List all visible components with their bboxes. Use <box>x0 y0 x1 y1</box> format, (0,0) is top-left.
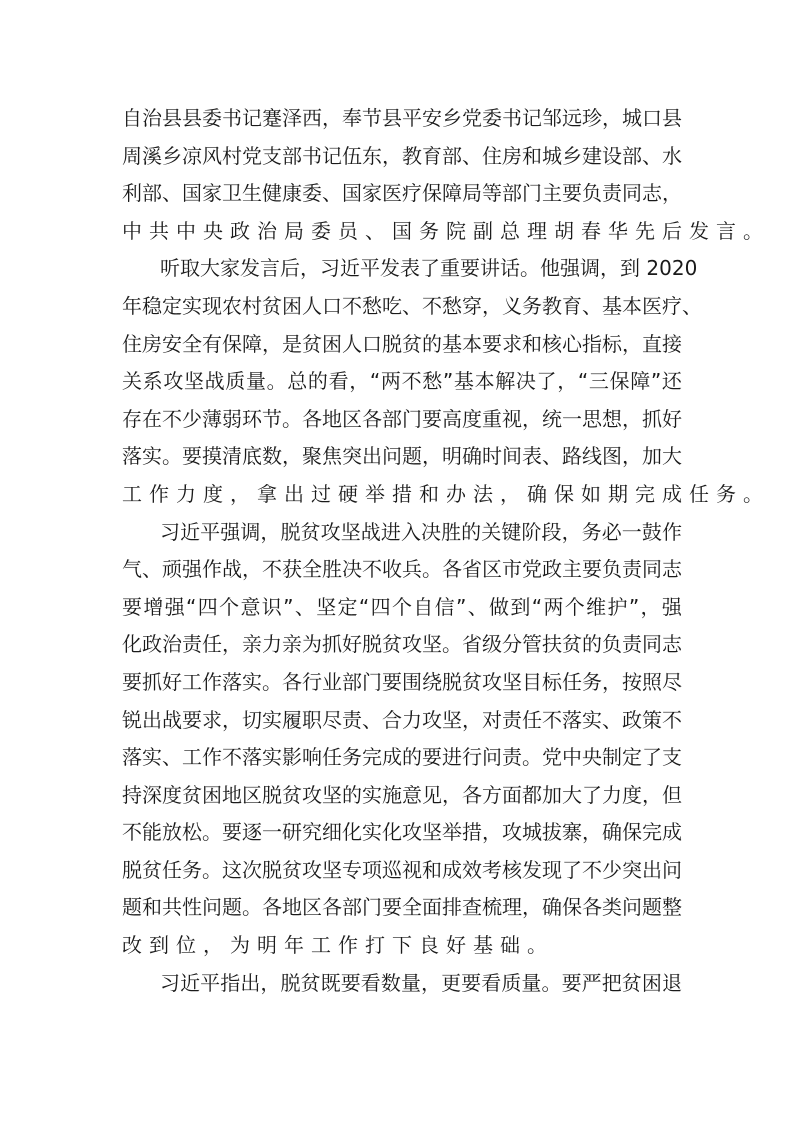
text-line: 要抓好工作落实。各行业部门要围绕脱贫攻坚目标任务，按照尽 <box>122 664 682 702</box>
text-line: 年稳定实现农村贫困人口不愁吃、不愁穿，义务教育、基本医疗、 <box>122 288 682 326</box>
text-line: 周溪乡凉风村党支部书记伍东，教育部、住房和城乡建设部、水 <box>122 138 682 176</box>
text-line: 工作力度，拿出过硬举措和办法，确保如期完成任务。 <box>122 476 682 514</box>
text-line: 不能放松。要逐一研究细化实化攻坚举措，攻城拔寨，确保完成 <box>122 814 682 852</box>
document-page: 自治县县委书记蹇泽西，奉节县平安乡党委书记邹远珍，城口县 周溪乡凉风村党支部书记… <box>0 0 793 1122</box>
text-line: 脱贫任务。这次脱贫攻坚专项巡视和成效考核发现了不少突出问 <box>122 852 682 890</box>
text-line: 存在不少薄弱环节。各地区各部门要高度重视，统一思想，抓好 <box>122 401 682 439</box>
text-line: 题和共性问题。各地区各部门要全面排查梳理，确保各类问题整 <box>122 889 682 927</box>
paragraph-2: 听取大家发言后，习近平发表了重要讲话。他强调，到 2020 年稳定实现农村贫困人… <box>122 250 682 513</box>
document-body: 自治县县委书记蹇泽西，奉节县平安乡党委书记邹远珍，城口县 周溪乡凉风村党支部书记… <box>122 100 682 1002</box>
text-line: 锐出战要求，切实履职尽责、合力攻坚，对责任不落实、政策不 <box>122 702 682 740</box>
text-line: 自治县县委书记蹇泽西，奉节县平安乡党委书记邹远珍，城口县 <box>122 100 682 138</box>
text-line: 要增强“四个意识”、坚定“四个自信”、做到“两个维护”，强 <box>122 589 682 627</box>
text-line: 住房安全有保障，是贫困人口脱贫的基本要求和核心指标，直接 <box>122 326 682 364</box>
text-line: 改到位，为明年工作打下良好基础。 <box>122 927 682 965</box>
text-line: 听取大家发言后，习近平发表了重要讲话。他强调，到 2020 <box>122 250 682 288</box>
text-line: 落实、工作不落实影响任务完成的要进行问责。党中央制定了支 <box>122 739 682 777</box>
text-line: 中共中央政治局委员、国务院副总理胡春华先后发言。 <box>122 213 682 251</box>
paragraph-1: 自治县县委书记蹇泽西，奉节县平安乡党委书记邹远珍，城口县 周溪乡凉风村党支部书记… <box>122 100 682 250</box>
text-line: 习近平指出，脱贫既要看数量，更要看质量。要严把贫困退 <box>122 965 682 1003</box>
paragraph-4: 习近平指出，脱贫既要看数量，更要看质量。要严把贫困退 <box>122 965 682 1003</box>
text-line: 持深度贫困地区脱贫攻坚的实施意见，各方面都加大了力度，但 <box>122 777 682 815</box>
text-line: 习近平强调，脱贫攻坚战进入决胜的关键阶段，务必一鼓作 <box>122 514 682 552</box>
text-line: 落实。要摸清底数，聚焦突出问题，明确时间表、路线图，加大 <box>122 438 682 476</box>
paragraph-3: 习近平强调，脱贫攻坚战进入决胜的关键阶段，务必一鼓作 气、顽强作战，不获全胜决不… <box>122 514 682 965</box>
text-line: 气、顽强作战，不获全胜决不收兵。各省区市党政主要负责同志 <box>122 551 682 589</box>
text-line: 利部、国家卫生健康委、国家医疗保障局等部门主要负责同志， <box>122 175 682 213</box>
text-line: 关系攻坚战质量。总的看，“两不愁”基本解决了，“三保障”还 <box>122 363 682 401</box>
text-line: 化政治责任，亲力亲为抓好脱贫攻坚。省级分管扶贫的负责同志 <box>122 626 682 664</box>
